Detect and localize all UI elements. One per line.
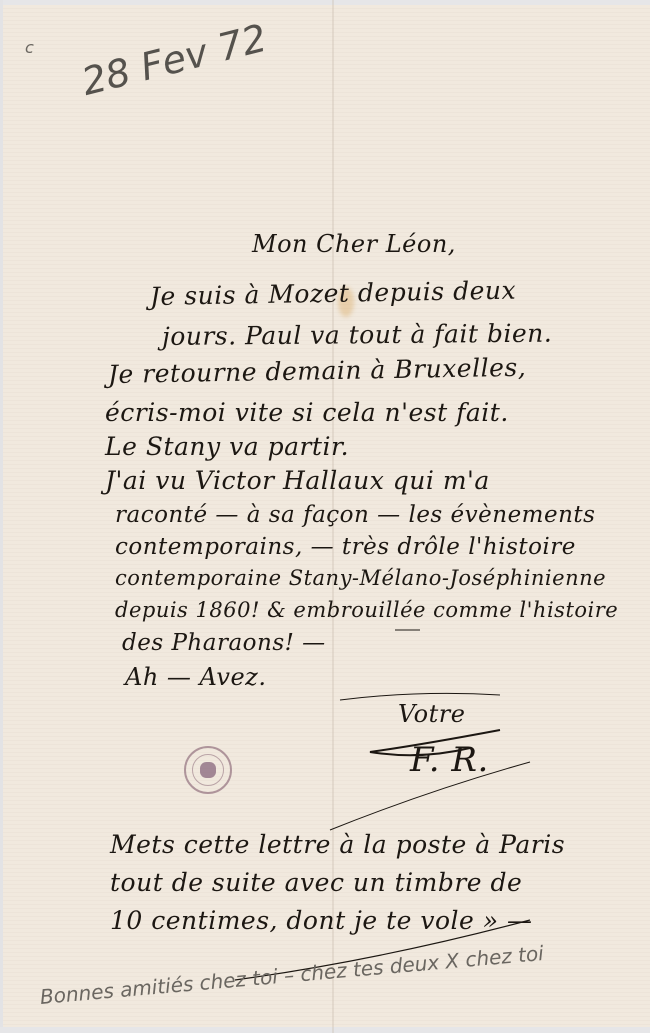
postscript-line-3: 10 centimes, dont je te vole » —	[110, 906, 533, 935]
letter-page: c 28 Fev 72 Mon Cher Léon, Je suis à Moz…	[0, 0, 650, 1033]
crest-icon	[200, 762, 216, 778]
postscript-line-1: Mets cette lettre à la poste à Paris	[110, 830, 565, 859]
library-stamp	[184, 746, 232, 794]
postscript-line-2: tout de suite avec un timbre de	[110, 868, 522, 897]
